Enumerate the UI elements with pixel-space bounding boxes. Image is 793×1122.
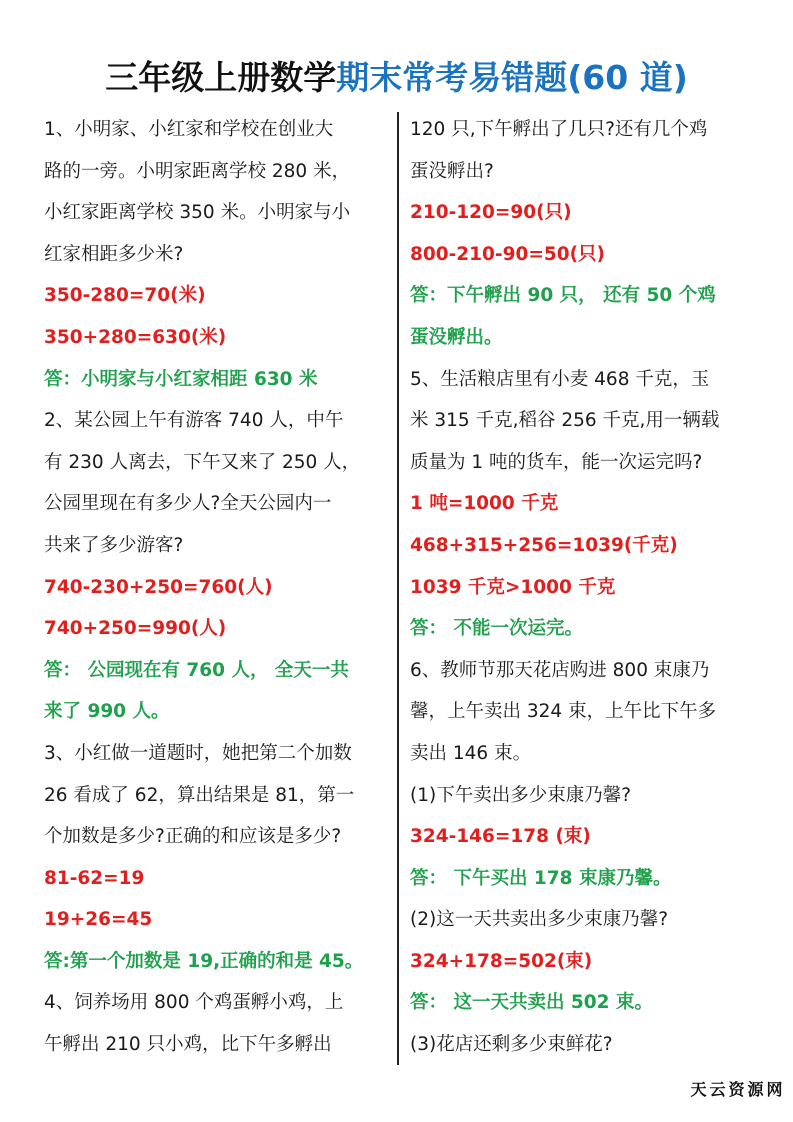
sub-question-line: (1)下午卖出多少束康乃馨? xyxy=(410,775,755,817)
answer-line: 答： 这一天共卖出 502 束。 xyxy=(410,982,755,1024)
calculation-line: 740-230+250=760(人) xyxy=(44,567,389,609)
sub-question-line: (2)这一天共卖出多少束康乃馨? xyxy=(410,899,755,941)
calculation-line: 1039 千克>1000 千克 xyxy=(410,567,755,609)
title-topic-part: 期末常考易错题(60 道) xyxy=(336,58,688,97)
text-line: 4、饲养场用 800 个鸡蛋孵小鸡，上 xyxy=(44,982,389,1024)
text-line: 120 只,下午孵出了几只?还有几个鸡 xyxy=(410,109,755,151)
answer-line: 答：下午孵出 90 只， 还有 50 个鸡 xyxy=(410,275,755,317)
answer-line: 答： 公园现在有 760 人， 全天一共 xyxy=(44,650,389,692)
text-line: 2、某公园上午有游客 740 人，中午 xyxy=(44,400,389,442)
calculation-line: 350-280=70(米) xyxy=(44,275,389,317)
text-line: 小红家距离学校 350 米。小明家与小 xyxy=(44,192,389,234)
text-line: 1、小明家、小红家和学校在创业大 xyxy=(44,109,389,151)
answer-line: 答:第一个加数是 19,正确的和是 45。 xyxy=(44,941,389,983)
answer-line: 答： 下午买出 178 束康乃馨。 xyxy=(410,858,755,900)
text-line: 路的一旁。小明家距离学校 280 米， xyxy=(44,151,389,193)
calculation-line: 81-62=19 xyxy=(44,858,389,900)
answer-line: 来了 990 人。 xyxy=(44,691,389,733)
calculation-line: 210-120=90(只) xyxy=(410,192,755,234)
text-line: 质量为 1 吨的货车，能一次运完吗? xyxy=(410,442,755,484)
calculation-line: 19+26=45 xyxy=(44,899,389,941)
text-line: 26 看成了 62，算出结果是 81，第一 xyxy=(44,775,389,817)
column-divider xyxy=(397,112,399,1065)
text-line: 午孵出 210 只小鸡，比下午多孵出 xyxy=(44,1024,389,1066)
calculation-line: 1 吨=1000 千克 xyxy=(410,483,755,525)
answer-line: 蛋没孵出。 xyxy=(410,317,755,359)
text-line: 个加数是多少?正确的和应该是多少? xyxy=(44,816,389,858)
calculation-line: 740+250=990(人) xyxy=(44,608,389,650)
page-title: 三年级上册数学期末常考易错题(60 道) xyxy=(0,52,793,104)
text-line: 3、小红做一道题时，她把第二个加数 xyxy=(44,733,389,775)
text-line: 6、教师节那天花店购进 800 束康乃 xyxy=(410,650,755,692)
text-line: 共来了多少游客? xyxy=(44,525,389,567)
title-grade-part: 三年级上册数学 xyxy=(105,58,336,97)
left-column: 1、小明家、小红家和学校在创业大 路的一旁。小明家距离学校 280 米， 小红家… xyxy=(44,109,389,1066)
text-line: 有 230 人离去，下午又来了 250 人， xyxy=(44,442,389,484)
sub-question-line: (3)花店还剩多少束鲜花? xyxy=(410,1024,755,1066)
text-line: 馨，上午卖出 324 束，上午比下午多 xyxy=(410,691,755,733)
calculation-line: 324+178=502(束) xyxy=(410,941,755,983)
text-line: 米 315 千克,稻谷 256 千克,用一辆载 xyxy=(410,400,755,442)
text-line: 红家相距多少米? xyxy=(44,234,389,276)
calculation-line: 350+280=630(米) xyxy=(44,317,389,359)
text-line: 蛋没孵出? xyxy=(410,151,755,193)
answer-line: 答：小明家与小红家相距 630 米 xyxy=(44,359,389,401)
text-line: 卖出 146 束。 xyxy=(410,733,755,775)
answer-line: 答： 不能一次运完。 xyxy=(410,608,755,650)
text-line: 公园里现在有多少人?全天公园内一 xyxy=(44,483,389,525)
text-line: 5、生活粮店里有小麦 468 千克，玉 xyxy=(410,359,755,401)
calculation-line: 468+315+256=1039(千克) xyxy=(410,525,755,567)
calculation-line: 800-210-90=50(只) xyxy=(410,234,755,276)
watermark: 天云资源网 xyxy=(683,1077,793,1100)
right-column: 120 只,下午孵出了几只?还有几个鸡 蛋没孵出? 210-120=90(只) … xyxy=(410,109,755,1066)
calculation-line: 324-146=178 (束) xyxy=(410,816,755,858)
